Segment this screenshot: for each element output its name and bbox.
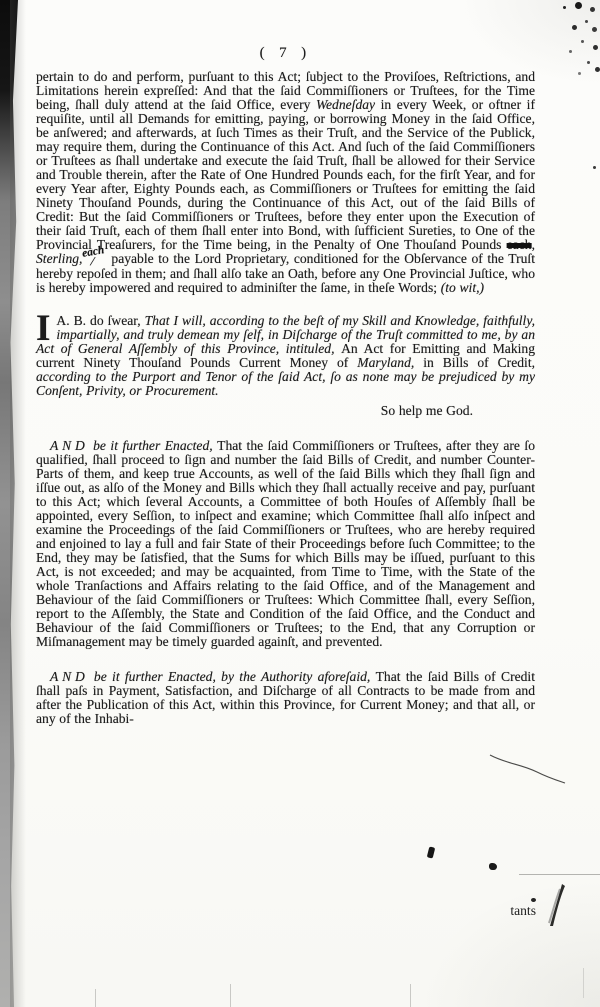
scan-hairline xyxy=(519,874,600,875)
ink-speckles-top-right xyxy=(563,6,566,9)
oath-paragraph: IA. B. do ſwear, That I will, according … xyxy=(36,314,535,398)
enacting-clause-currency: AND be it further Enacted, by the Author… xyxy=(36,670,535,726)
scan-line xyxy=(583,968,584,998)
continuation-paragraph: pertain to do and perform, purſuant to t… xyxy=(36,70,535,295)
struck-word: each xyxy=(507,237,532,252)
ink-dot xyxy=(531,898,536,902)
pen-flourish-mark xyxy=(489,752,567,786)
catchword: tants xyxy=(510,903,536,919)
scan-line xyxy=(410,984,411,1007)
document-page: ( 7 ) pertain to do and perform, purſuan… xyxy=(0,0,600,1007)
enacting-clause-accounts: AND be it further Enacted, That the ſaid… xyxy=(36,439,535,649)
handwritten-insertion: each xyxy=(81,243,105,261)
text-column: ( 7 ) pertain to do and perform, purſuan… xyxy=(36,46,535,726)
binding-edge-shadow xyxy=(10,0,26,1007)
scan-line xyxy=(230,984,231,1007)
pen-stroke-mark xyxy=(541,883,567,929)
ink-blot xyxy=(489,863,497,870)
ink-blot xyxy=(427,846,435,858)
scan-line xyxy=(95,989,96,1007)
page-number: ( 7 ) xyxy=(36,46,535,60)
oath-attestation: So help me God. xyxy=(36,404,535,418)
drop-cap: I xyxy=(36,314,56,342)
